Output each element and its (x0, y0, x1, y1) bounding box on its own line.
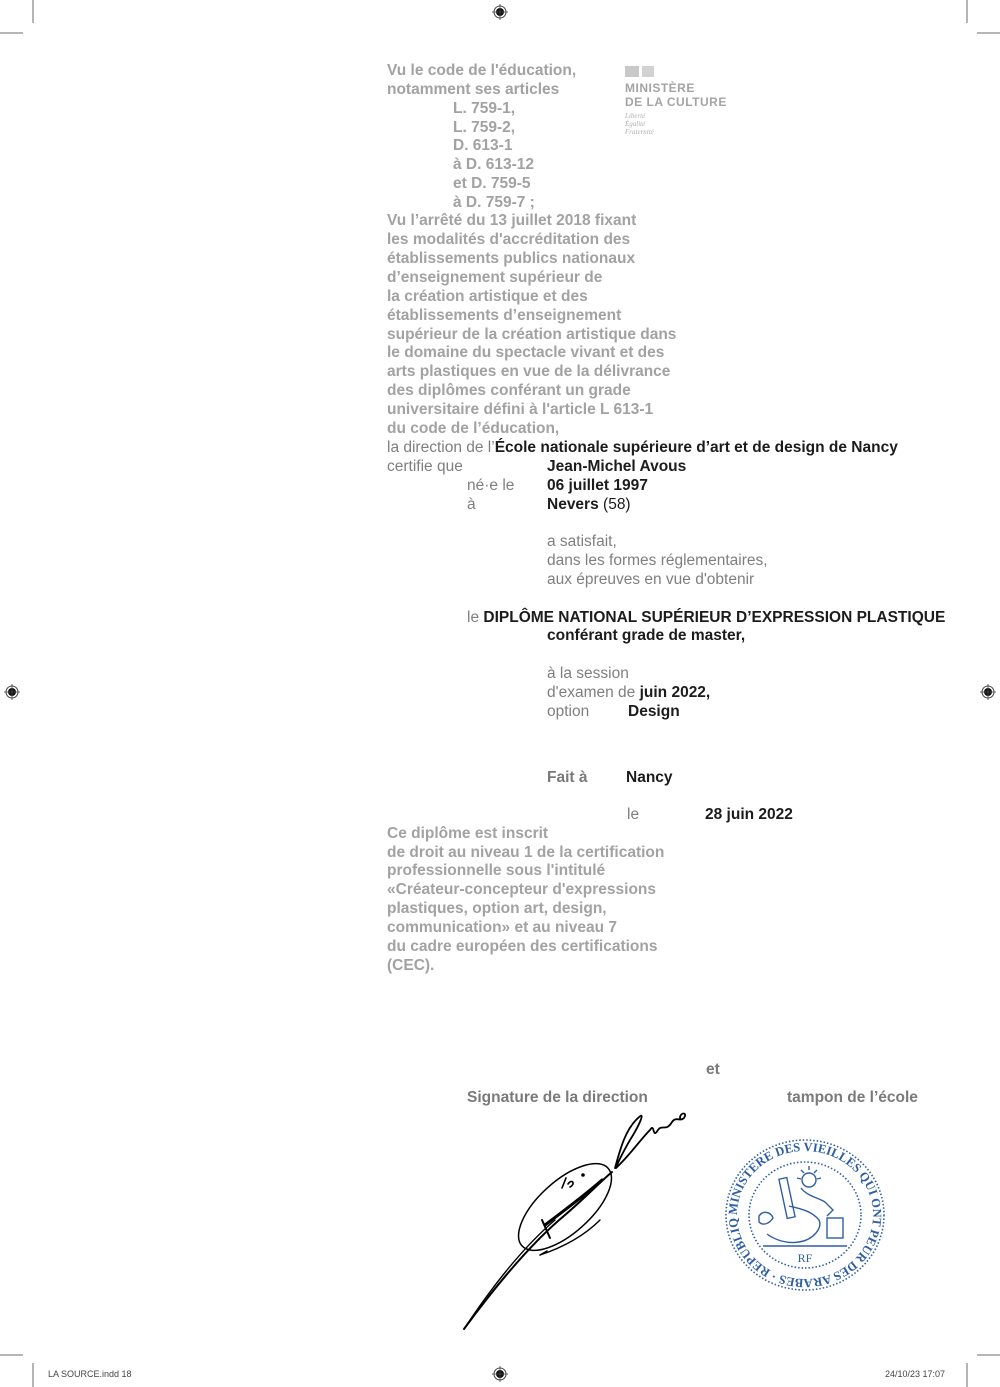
crop-mark-top-left-h (0, 32, 23, 34)
issued-date: 28 juin 2022 (705, 805, 793, 824)
born-label: né·e le (467, 476, 514, 495)
option-value: Design (628, 702, 680, 721)
article-ref: et D. 759-5 (453, 174, 531, 193)
holder-name: Jean-Michel Avous (547, 457, 686, 476)
crop-mark-bottom-right-h (977, 1354, 1000, 1356)
diploma-name: DIPLÔME NATIONAL SUPÉRIEUR D’EXPRESSION … (483, 609, 945, 626)
marianne-icon (625, 66, 727, 77)
note-line: professionnelle sous l'intitulé (387, 861, 605, 880)
result-line: aux épreuves en vue d'obtenir (547, 570, 754, 589)
print-slug-timestamp: 24/10/23 17:07 (885, 1369, 945, 1379)
arrete-line: du code de l’éducation, (387, 419, 559, 438)
result-line: a satisfait, (547, 532, 617, 551)
arrete-line: arts plastiques en vue de la délivrance (387, 362, 670, 381)
birth-place: Nevers (547, 496, 599, 513)
direction-line: la direction de l’École nationale supéri… (387, 438, 898, 457)
certifie-label: certifie que (387, 457, 463, 476)
crop-mark-bottom-left-v (32, 1363, 34, 1387)
exam-prefix: d'examen de (547, 684, 635, 701)
article-ref: D. 613-1 (453, 136, 512, 155)
registration-mark-left-icon (4, 684, 20, 700)
svg-text:RF: RF (798, 1251, 813, 1265)
preamble-line: Vu le code de l'éducation, (387, 61, 576, 80)
issued-place: Nancy (626, 768, 673, 787)
note-line: Ce diplôme est inscrit (387, 824, 548, 843)
print-slug-file: LA SOURCE.indd 18 (48, 1369, 132, 1379)
issued-place-label: Fait à (547, 768, 587, 787)
ministry-logo: MINISTÈRE DE LA CULTURE Liberté Égalité … (625, 66, 727, 136)
svg-text:MINISTERE DES VIEILLES QUI ONT: MINISTERE DES VIEILLES QUI ONT PEUR DES … (723, 1136, 884, 1290)
result-line: dans les formes réglementaires, (547, 551, 768, 570)
note-line: de droit au niveau 1 de la certification (387, 843, 664, 862)
note-line: plastiques, option art, design, (387, 899, 607, 918)
arrete-line: d’enseignement supérieur de (387, 268, 602, 287)
place-label: à (467, 495, 476, 514)
exam-line: d'examen de juin 2022, (547, 683, 710, 702)
registration-mark-top-icon (492, 4, 508, 20)
ministry-name-line2: DE LA CULTURE (625, 95, 727, 109)
article-ref: à D. 613-12 (453, 155, 534, 174)
arrete-line: établissements d’enseignement (387, 306, 621, 325)
registration-mark-bottom-icon (492, 1366, 508, 1382)
option-label: option (547, 702, 589, 721)
motto-egalite: Égalité (625, 120, 727, 128)
diploma-grade: conférant grade de master, (547, 626, 745, 645)
session-line: à la session (547, 664, 629, 683)
signature-connector: et (706, 1060, 720, 1079)
arrete-line: établissements publics nationaux (387, 249, 635, 268)
birth-dept: (58) (603, 496, 631, 513)
motto-fraternite: Fraternité (625, 128, 727, 136)
birth-date: 06 juillet 1997 (547, 476, 648, 495)
exam-session: juin 2022, (640, 684, 711, 701)
diploma-prefix: le (467, 609, 479, 626)
school-stamp-image: MINISTERE DES VIEILLES QUI ONT PEUR DES … (723, 1136, 887, 1294)
crop-mark-top-right-h (977, 32, 1000, 34)
crop-mark-bottom-right-v (966, 1363, 968, 1387)
stamp-label: tampon de l’école (787, 1088, 918, 1107)
note-line: (CEC). (387, 956, 434, 975)
arrete-line: supérieur de la création artistique dans (387, 325, 676, 344)
crop-mark-top-left-v (32, 0, 34, 23)
arrete-line: les modalités d'accréditation des (387, 230, 630, 249)
diploma-line: le DIPLÔME NATIONAL SUPÉRIEUR D’EXPRESSI… (467, 608, 945, 627)
arrete-line: Vu l’arrêté du 13 juillet 2018 fixant (387, 211, 636, 230)
issued-date-label: le (627, 805, 639, 824)
note-line: «Créateur-concepteur d'expressions (387, 880, 656, 899)
motto-liberte: Liberté (625, 112, 727, 120)
arrete-line: le domaine du spectacle vivant et des (387, 343, 664, 362)
direction-prefix: la direction de l’ (387, 439, 495, 456)
crop-mark-top-right-v (966, 0, 968, 23)
registration-mark-right-icon (980, 684, 996, 700)
birth-place-line: Nevers (58) (547, 495, 631, 514)
article-ref: L. 759-1, (453, 99, 515, 118)
director-signature-image (440, 1100, 700, 1340)
note-line: du cadre européen des certifications (387, 937, 657, 956)
school-name: École nationale supérieure d’art et de d… (495, 439, 898, 456)
article-ref: L. 759-2, (453, 118, 515, 137)
arrete-line: la création artistique et des (387, 287, 588, 306)
arrete-line: des diplômes conférant un grade (387, 381, 631, 400)
preamble-line: notamment ses articles (387, 80, 559, 99)
arrete-line: universitaire défini à l'article L 613-1 (387, 400, 653, 419)
crop-mark-bottom-left-h (0, 1354, 23, 1356)
note-line: communication» et au niveau 7 (387, 918, 617, 937)
article-ref: à D. 759-7 ; (453, 193, 535, 212)
ministry-name-line1: MINISTÈRE (625, 81, 727, 95)
